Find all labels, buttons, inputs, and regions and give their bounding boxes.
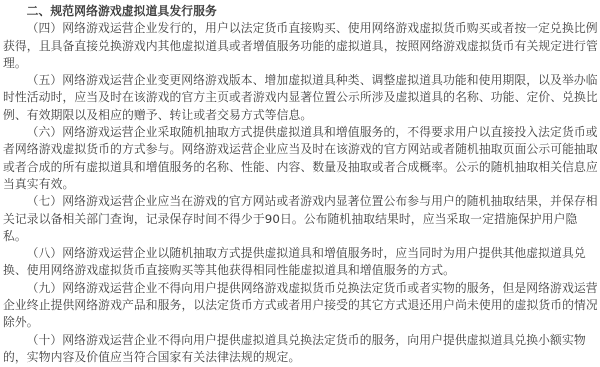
paragraph-4-line-1: （四）网络游戏运营企业发行的，用户以法定货币直接购买、使用网络游戏虚拟货币购买或… — [3, 20, 597, 37]
document-page: 二、规范网络游戏虚拟道具发行服务 （四）网络游戏运营企业发行的，用户以法定货币直… — [0, 0, 600, 367]
paragraph-7-line-1: （七）网络游戏运营企业应当在游戏的官方网站或者游戏内显著位置公布参与用户的随机抽… — [3, 193, 597, 210]
paragraph-8-line-2: 换、使用网络游戏虚拟货币直接购买等其他获得相同性能虚拟道具和增值服务的方式。 — [3, 262, 597, 279]
paragraph-4-line-3: 理。 — [3, 55, 597, 72]
paragraph-4-line-2: 获得，且具备直接兑换游戏内其他虚拟道具或者增值服务功能的虚拟道具，按照网络游戏虚… — [3, 38, 597, 55]
paragraph-5-line-3: 例、有效期限以及相应的赠予、转让或者交易方式等信息。 — [3, 107, 597, 124]
paragraph-6-line-1: （六）网络游戏运营企业采取随机抽取方式提供虚拟道具和增值服务的，不得要求用户以直… — [3, 124, 597, 141]
paragraph-10-line-2: 的，实物内容及价值应当符合国家有关法律法规的规定。 — [3, 349, 597, 366]
paragraph-5-line-1: （五）网络游戏运营企业变更网络游戏版本、增加虚拟道具种类、调整虚拟道具功能和使用… — [3, 72, 597, 89]
paragraph-6-line-4: 当真实有效。 — [3, 176, 597, 193]
document-body: 二、规范网络游戏虚拟道具发行服务 （四）网络游戏运营企业发行的，用户以法定货币直… — [0, 0, 600, 366]
paragraph-7-line-3: 私。 — [3, 228, 597, 245]
paragraph-8-line-1: （八）网络游戏运营企业以随机抽取方式提供虚拟道具和增值服务时，应当同时为用户提供… — [3, 245, 597, 262]
paragraph-9-line-1: （九）网络游戏运营企业不得向用户提供网络游戏虚拟货币兑换法定货币或者实物的服务，… — [3, 280, 597, 297]
section-heading: 二、规范网络游戏虚拟道具发行服务 — [3, 3, 597, 20]
paragraph-9-line-2: 企业终止提供网络游戏产品和服务，以法定货币方式或者用户接受的其它方式退还用户尚未… — [3, 297, 597, 314]
paragraph-5-line-2: 时性活动时，应当及时在该游戏的官方主页或者游戏内显著位置公示所涉及虚拟道具的名称… — [3, 89, 597, 106]
paragraph-9-line-3: 除外。 — [3, 314, 597, 331]
paragraph-6-line-3: 或者合成的所有虚拟道具和增值服务的名称、性能、内容、数量及抽取或者合成概率。公示… — [3, 159, 597, 176]
paragraph-10-line-1: （十）网络游戏运营企业不得向用户提供虚拟道具兑换法定货币的服务，向用户提供虚拟道… — [3, 332, 597, 349]
paragraph-6-line-2: 者网络游戏虚拟货币的方式参与。网络游戏运营企业应当及时在该游戏的官方网站或者随机… — [3, 141, 597, 158]
paragraph-7-line-2: 关记录以备相关部门查询，记录保存时间不得少于90日。公布随机抽取结果时，应当采取… — [3, 211, 597, 228]
